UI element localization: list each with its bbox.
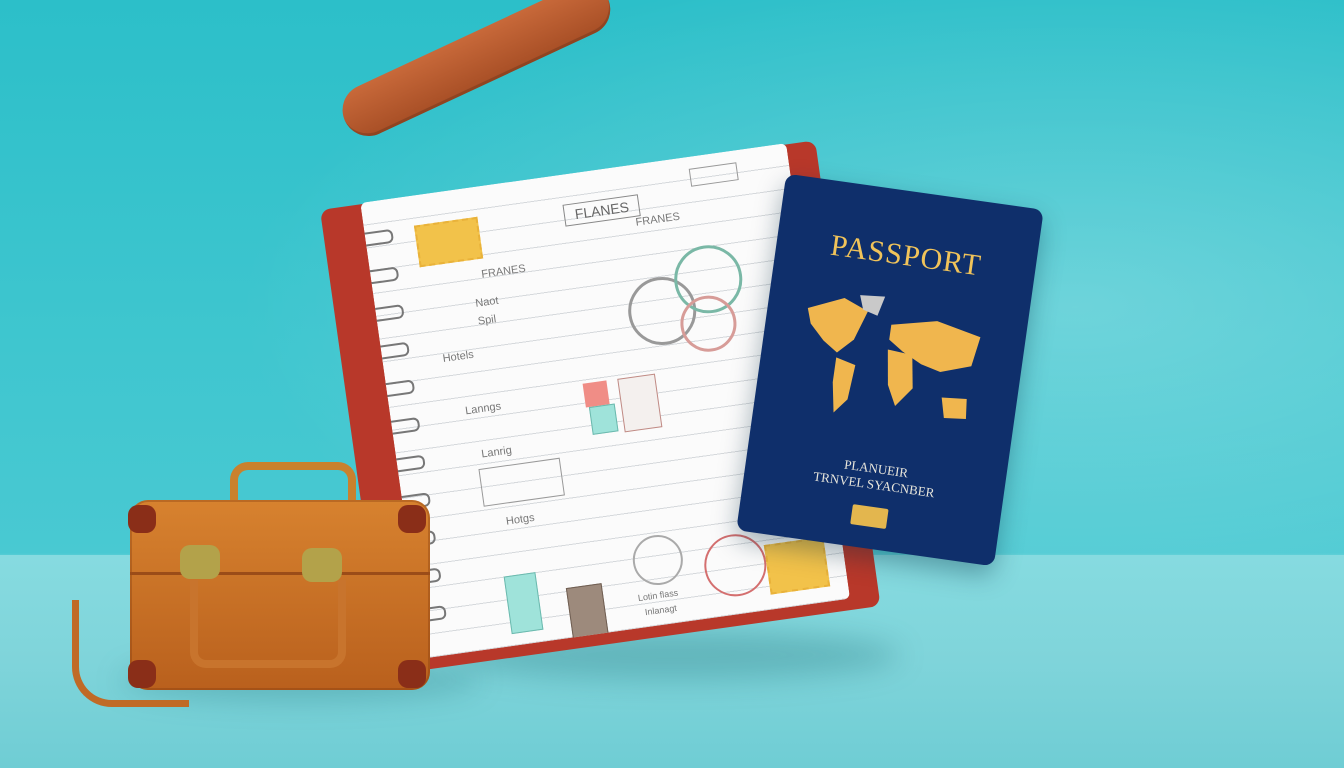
stamp-caption-2: Inlanagt	[644, 603, 677, 617]
suitcase-corner	[128, 505, 156, 533]
label-hotels: Hotels	[442, 349, 475, 365]
passport: PASSPORT PLANUEIR TRNVEL SYACNBER	[736, 174, 1044, 567]
map-stamp	[617, 374, 662, 433]
sketch-box	[478, 458, 564, 507]
gold-bird-stamp	[764, 537, 830, 595]
teal-stamp	[589, 404, 619, 435]
brass-latch	[302, 548, 342, 582]
suitcase-front-handle	[190, 580, 346, 668]
corner-label-box	[689, 162, 739, 187]
suitcase-corner	[398, 660, 426, 688]
suitcase-corner	[398, 505, 426, 533]
red-compass-stamp	[700, 530, 770, 600]
world-map-icon	[781, 277, 1000, 453]
brass-latch	[180, 545, 220, 579]
gold-stamp-top	[414, 217, 483, 267]
background: FLANES FRANES FRANES Naot Spil Hotels La…	[0, 0, 1344, 768]
grey-compass-stamp	[630, 532, 686, 588]
label-hotgs: Hotgs	[505, 512, 535, 528]
suitcase-lid-seam	[130, 572, 430, 575]
stamp-caption-1: Lotin flass	[637, 588, 679, 604]
journal-title: FLANES	[562, 194, 641, 226]
section-heading-right: FRANES	[635, 211, 681, 229]
biometric-chip-icon	[850, 504, 888, 529]
label-1: Naot	[475, 295, 500, 310]
label-lanrig: Lanrig	[481, 444, 513, 460]
section-heading-left: FRANES	[481, 263, 527, 281]
label-2: Spil	[477, 313, 497, 327]
teal-tower-stamp	[504, 572, 544, 634]
passport-subtitle: PLANUEIR TRNVEL SYACNBER	[744, 443, 1006, 511]
brown-stamp	[566, 583, 609, 640]
suitcase-corner	[128, 660, 156, 688]
red-stamp	[583, 380, 610, 407]
label-lanngs: Lanngs	[464, 400, 501, 417]
